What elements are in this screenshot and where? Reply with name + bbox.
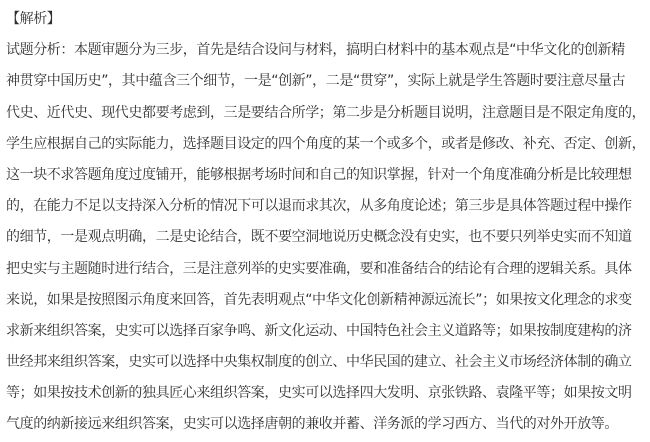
analysis-text-line: 代史、近代史、现代史都要考虑到，三是要结合所学；第二步是分析题目说明，注意题目是… [6, 98, 645, 129]
analysis-document: 【解析】 试题分析：本题审题分为三步，首先是结合设问与材料，搞明白材料中的基本观… [0, 0, 650, 442]
analysis-text-line: 的，在能力不足以支持深入分析的情况下可以退而求其次，从多角度论述；第三步是具体答… [6, 191, 645, 222]
analysis-text-line: 求新来组织答案，史实可以选择百家争鸣、新文化运动、中国特色社会主义道路等；如果按… [6, 316, 645, 347]
analysis-text-line: 学生应根据自己的实际能力，选择题目设定的四个角度的某一个或多个，或者是修改、补充… [6, 129, 645, 160]
analysis-text-line: 试题分析：本题审题分为三步，首先是结合设问与材料，搞明白材料中的基本观点是“中华… [6, 35, 645, 66]
analysis-text-line: 神贯穿中国历史”，其中蕴含三个细节，一是“创新”，二是“贯穿”，实际上就是学生答… [6, 66, 645, 97]
analysis-heading: 【解析】 [6, 4, 645, 35]
analysis-text-line: 把史实与主题随时进行结合，三是注意列举的史实要准确，要和准备结合的结论有合理的逻… [6, 254, 645, 285]
analysis-text-line: 气度的纳新接远来组织答案，史实可以选择唐朝的兼收并蓄、洋务派的学习西方、当代的对… [6, 409, 645, 440]
analysis-text-line: 等；如果按技术创新的独具匠心来组织答案，史实可以选择四大发明、京张铁路、袁隆平等… [6, 378, 645, 409]
analysis-text-line: 来说，如果是按照图示角度来回答，首先表明观点“中华文化创新精神源远流长”；如果按… [6, 285, 645, 316]
analysis-text-line: 这一块不求答题角度过度铺开，能够根据考场时间和自己的知识掌握，针对一个角度准确分… [6, 160, 645, 191]
analysis-text-line: 世经邦来组织答案，史实可以选择中央集权制度的创立、中华民国的建立、社会主义市场经… [6, 347, 645, 378]
analysis-text-line: 的细节，一是观点明确，二是史论结合，既不要空洞地说历史概念没有史实，也不要只列举… [6, 222, 645, 253]
